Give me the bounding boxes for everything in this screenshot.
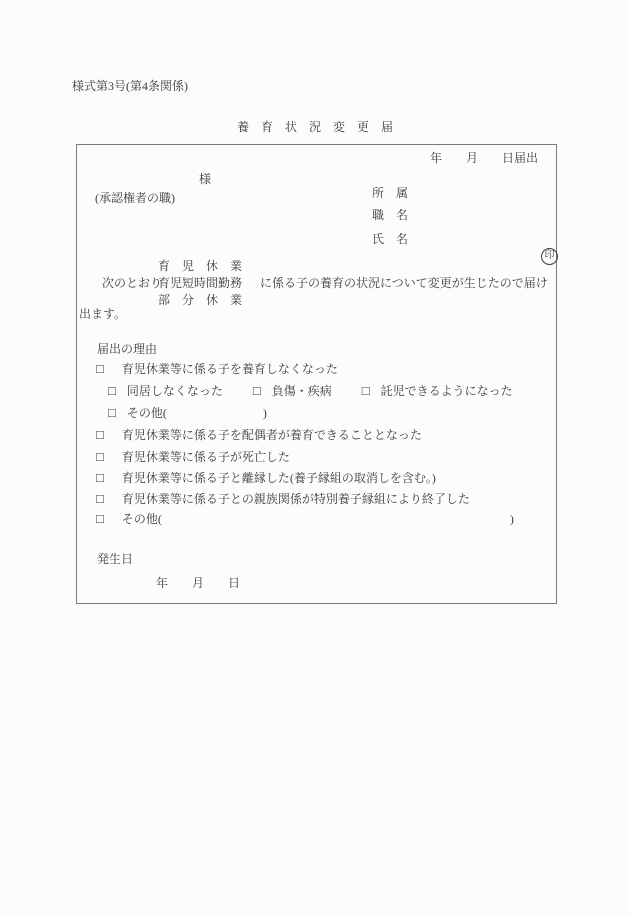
form-border-box: 年 月 日届出 様 (承認権者の職) 所 属 職 名 氏 名 印 次のとおり 育… (76, 144, 557, 604)
leave-type-option-bubun-kyugyo: 部 分 休 業 (158, 292, 242, 308)
reason-label: 育児休業等に係る子を養育しなくなった (122, 361, 338, 377)
checkbox-icon[interactable]: □ (362, 383, 370, 399)
reason-row: □ 育児休業等に係る子との親族関係が特別養子縁組により終了した (96, 491, 470, 507)
reason-item: □ 育児休業等に係る子を養育しなくなった (96, 361, 338, 377)
checkbox-icon[interactable]: □ (96, 427, 104, 443)
leave-type-option-ikuji-kyugyo: 育 児 休 業 (158, 258, 242, 274)
reason-label: 負傷・疾病 (272, 383, 332, 399)
statement-prefix: 次のとおり (102, 275, 162, 291)
occurrence-date-line: 年 月 日 (156, 575, 240, 591)
reason-label: 同居しなくなった (127, 383, 223, 399)
position-label: 職 名 (372, 207, 408, 223)
document-page: 様式第3号(第4条関係) 養 育 状 況 変 更 届 年 月 日届出 様 (承認… (0, 0, 630, 915)
checkbox-icon[interactable]: □ (108, 405, 116, 421)
reason-section-heading: 届出の理由 (97, 341, 157, 357)
reason-label: 育児休業等に係る子と離縁した(養子縁組の取消しを含む。) (122, 470, 436, 486)
reason-row: □ その他( ) (108, 405, 267, 421)
reason-row: □ 育児休業等に係る子を配偶者が養育できることとなった (96, 427, 422, 443)
name-label: 氏 名 (372, 231, 408, 247)
recipient-note: (承認権者の職) (95, 190, 175, 206)
checkbox-icon[interactable]: □ (108, 383, 116, 399)
checkbox-icon[interactable]: □ (96, 449, 104, 465)
checkbox-icon[interactable]: □ (96, 470, 104, 486)
reason-item: □ 育児休業等に係る子が死亡した (96, 449, 290, 465)
statement-continuation: 出ます。 (79, 306, 126, 322)
checkbox-icon[interactable]: □ (96, 511, 104, 527)
reason-label: 託児できるようになった (381, 383, 513, 399)
statement-body: に係る子の養育の状況について変更が生じたので届け (260, 275, 548, 291)
checkbox-icon[interactable]: □ (96, 491, 104, 507)
affiliation-label: 所 属 (372, 185, 408, 201)
occurrence-heading: 発生日 (97, 551, 133, 567)
recipient-honorific: 様 (199, 171, 211, 187)
checkbox-icon[interactable]: □ (253, 383, 261, 399)
submission-date-line: 年 月 日届出 (430, 150, 538, 166)
checkbox-icon[interactable]: □ (96, 361, 104, 377)
reason-item: □ 育児休業等に係る子を配偶者が養育できることとなった (96, 427, 422, 443)
reason-row: □ その他( ) (96, 511, 514, 527)
reason-item: □ その他( ) (96, 511, 514, 527)
reason-label: その他( ) (122, 511, 514, 527)
reason-row: □ 同居しなくなった □ 負傷・疾病 □ 託児できるようになった (108, 383, 513, 399)
reason-item: □ その他( ) (108, 405, 267, 421)
reason-label: 育児休業等に係る子との親族関係が特別養子縁組により終了した (122, 491, 470, 507)
reason-item: □ 託児できるようになった (362, 383, 513, 399)
reason-label: 育児休業等に係る子が死亡した (122, 449, 290, 465)
reason-row: □ 育児休業等に係る子と離縁した(養子縁組の取消しを含む。) (96, 470, 436, 486)
reason-label: 育児休業等に係る子を配偶者が養育できることとなった (122, 427, 422, 443)
reason-item: □ 育児休業等に係る子と離縁した(養子縁組の取消しを含む。) (96, 470, 436, 486)
reason-label: その他( ) (127, 405, 267, 421)
form-title: 養 育 状 況 変 更 届 (0, 119, 630, 135)
reason-item: □ 負傷・疾病 (253, 383, 332, 399)
reason-item: □ 育児休業等に係る子との親族関係が特別養子縁組により終了した (96, 491, 470, 507)
leave-type-option-tanjikan-kinmu: 育児短時間勤務 (158, 275, 242, 291)
reason-row: □ 育児休業等に係る子を養育しなくなった (96, 361, 338, 377)
form-number: 様式第3号(第4条関係) (72, 78, 188, 94)
reason-item: □ 同居しなくなった (108, 383, 223, 399)
reason-row: □ 育児休業等に係る子が死亡した (96, 449, 290, 465)
seal-icon: 印 (541, 248, 558, 265)
